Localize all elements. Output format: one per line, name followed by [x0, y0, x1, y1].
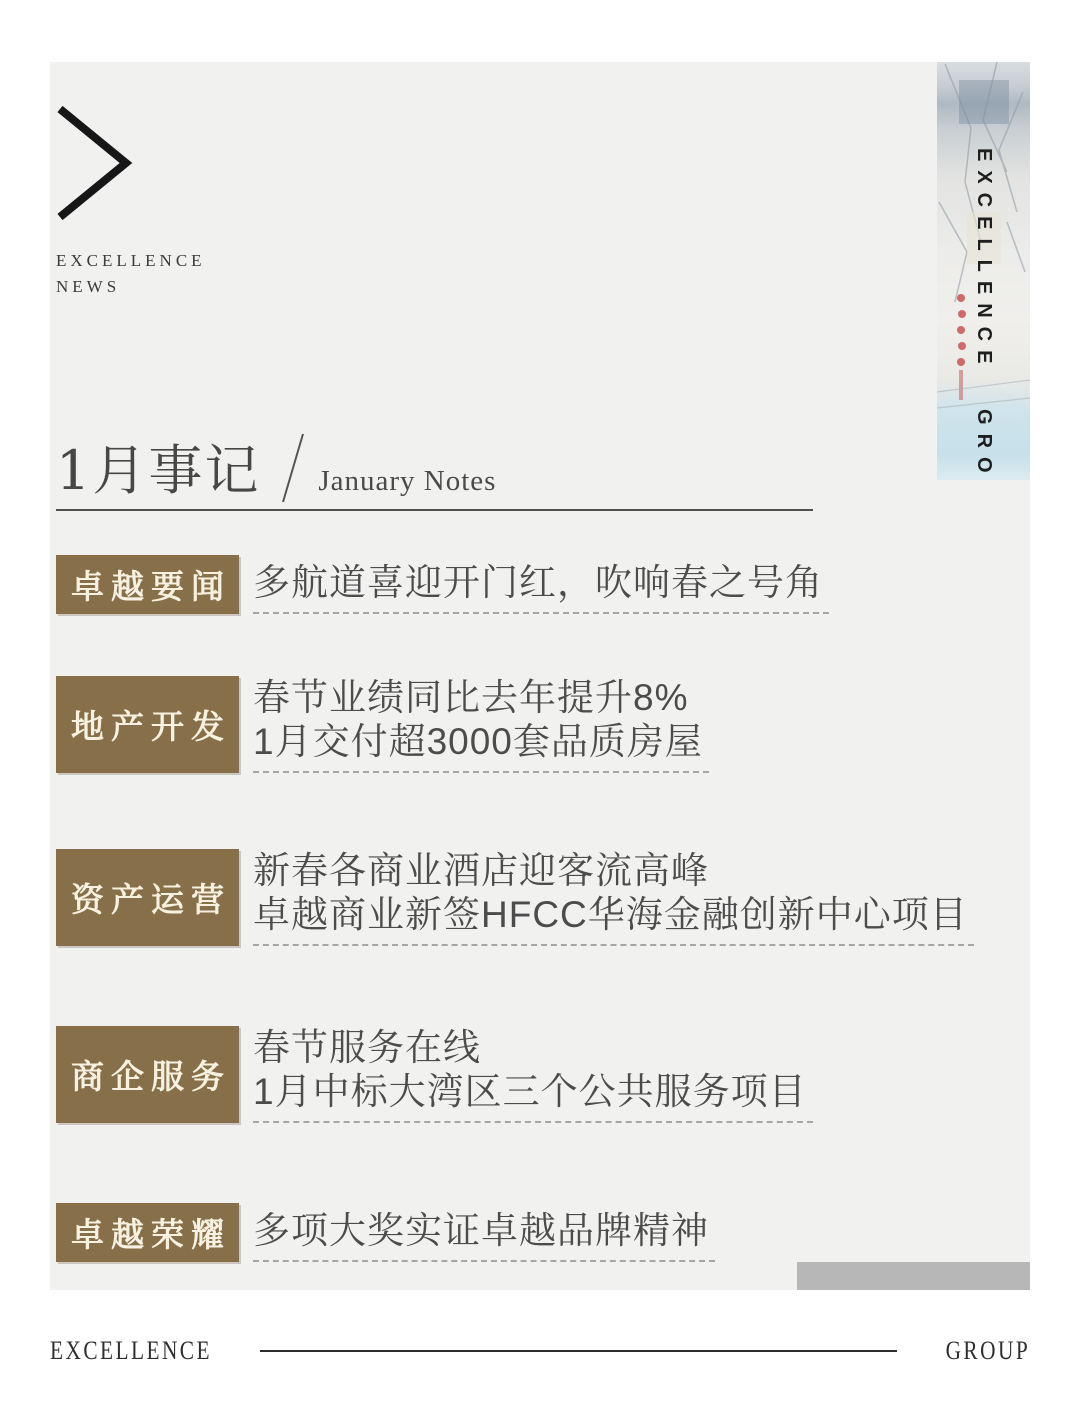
- section-headlines: 多项大奖实证卓越品牌精神: [253, 1209, 715, 1262]
- section-asset-operation: 资产运营 新春各商业酒店迎客流高峰 卓越商业新签HFCC华海金融创新中心项目: [56, 849, 956, 946]
- section-business-service: 商企服务 春节服务在线 1月中标大湾区三个公共服务项目: [56, 1026, 956, 1123]
- headline: 卓越商业新签HFCC华海金融创新中心项目: [253, 893, 968, 937]
- section-excellence-news: 卓越要闻 多航道喜迎开门红，吹响春之号角: [56, 555, 956, 614]
- footer-brand-left: EXCELLENCE: [50, 1336, 212, 1366]
- section-headlines: 春节服务在线 1月中标大湾区三个公共服务项目: [253, 1026, 813, 1123]
- headline: 春节服务在线: [253, 1026, 807, 1070]
- news-sections: 卓越要闻 多航道喜迎开门红，吹响春之号角 地产开发 春节业绩同比去年提升8% 1…: [56, 555, 956, 1262]
- section-headlines: 春节业绩同比去年提升8% 1月交付超3000套品质房屋: [253, 676, 709, 773]
- title-underline: [56, 509, 813, 511]
- decorative-gray-bar: [797, 1262, 1030, 1290]
- brand-logo-line2: NEWS: [56, 274, 956, 300]
- headline: 新春各商业酒店迎客流高峰: [253, 849, 968, 893]
- headline: 多项大奖实证卓越品牌精神: [253, 1209, 709, 1253]
- vertical-brand-text: EXCELLENCE GROUP: [972, 148, 995, 480]
- section-headlines: 多航道喜迎开门红，吹响春之号角: [253, 561, 829, 614]
- headline: 1月交付超3000套品质房屋: [253, 720, 703, 764]
- headline: 1月中标大湾区三个公共服务项目: [253, 1070, 807, 1114]
- page-title-en: January Notes: [318, 465, 496, 500]
- page-title: 1月事记 January Notes: [56, 432, 956, 500]
- page-title-zh: 1月事记: [56, 442, 260, 500]
- chevron-logo: [56, 105, 956, 226]
- section-headlines: 新春各商业酒店迎客流高峰 卓越商业新签HFCC华海金融创新中心项目: [253, 849, 974, 946]
- headline: 多航道喜迎开门红，吹响春之号角: [253, 561, 823, 605]
- section-badge: 卓越荣耀: [56, 1203, 239, 1262]
- brand-logo-line1: EXCELLENCE: [56, 248, 956, 274]
- footer-brand-right: GROUP: [945, 1336, 1030, 1366]
- title-slash-divider: [276, 432, 308, 504]
- footer-divider-line: [260, 1350, 897, 1352]
- section-real-estate: 地产开发 春节业绩同比去年提升8% 1月交付超3000套品质房屋: [56, 676, 956, 773]
- section-badge: 商企服务: [56, 1026, 239, 1123]
- section-badge: 地产开发: [56, 676, 239, 773]
- newsletter-canvas: EXCELLENCE GROUP EXCELLENCE NEWS 1月事记 Ja…: [50, 62, 1030, 1290]
- section-badge: 卓越要闻: [56, 555, 239, 614]
- headline: 春节业绩同比去年提升8%: [253, 676, 703, 720]
- section-badge: 资产运营: [56, 849, 239, 946]
- section-excellence-honor: 卓越荣耀 多项大奖实证卓越品牌精神: [56, 1203, 956, 1262]
- page-footer: EXCELLENCE GROUP: [50, 1336, 1030, 1366]
- brand-logo-text: EXCELLENCE NEWS: [56, 248, 956, 300]
- chevron-icon: [56, 105, 134, 221]
